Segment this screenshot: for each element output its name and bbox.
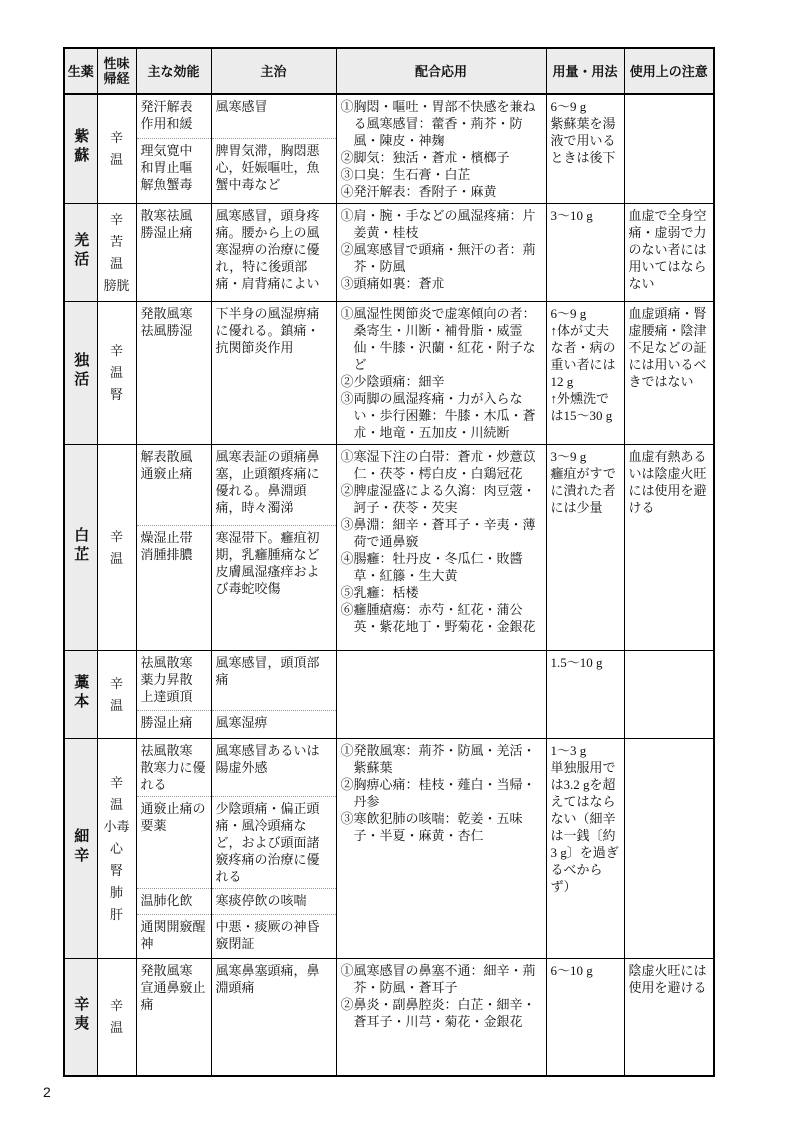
nature-cell: 辛 温 小毒 心 腎 肺 肝 bbox=[97, 739, 136, 959]
application-item: ③口臭：生石膏・白芷 bbox=[341, 166, 542, 183]
indication-cell: 風寒表証の頭痛鼻塞，止頭額疼痛に優れる。鼻淵頭痛，時々濁涕 bbox=[211, 445, 336, 526]
application-item: ④腸癰：牡丹皮・冬瓜仁・敗醬草・紅籐・生大黄 bbox=[341, 550, 542, 584]
caution-cell: 陰虚火旺には使用を避ける bbox=[624, 959, 714, 1076]
indication-cell: 下半身の風湿痹痛に優れる。鎮痛・抗関節炎作用 bbox=[211, 302, 336, 445]
effect-cell: 祛風散寒 散寒力に優れる bbox=[136, 739, 211, 797]
caution-cell: 血虚で全身空痛・虚弱で力のない者には用いてはならない bbox=[624, 204, 714, 302]
dosage-cell: 6〜10 g bbox=[546, 959, 624, 1076]
herb-row: 羌活辛 苦 温 膀胱散寒祛風 勝湿止痛風寒感冒，頭身疼痛。腰から上の風寒湿痹の治… bbox=[64, 204, 714, 302]
herb-name: 紫蘇 bbox=[73, 128, 88, 166]
herb-name: 辛夷 bbox=[73, 996, 88, 1034]
indication-cell: 少陰頭痛・偏正頭痛・風冷頭痛など，および頭面諸竅疼痛の治療に優れる bbox=[211, 797, 336, 889]
caution-cell bbox=[624, 94, 714, 204]
nature-cell: 辛 温 bbox=[97, 445, 136, 651]
header-application: 配合応用 bbox=[336, 48, 546, 94]
application-item: ③頭痛如裏：蒼朮 bbox=[341, 275, 542, 292]
herb-name-cell: 独活 bbox=[64, 302, 97, 445]
caution-cell: 血虚頭痛・腎虚腰痛・陰津不足などの証には用いるべきではない bbox=[624, 302, 714, 445]
herb-table: 生薬 性味帰経 主な効能 主治 配合応用 用量・用法 使用上の注意 紫蘇辛 温発… bbox=[63, 47, 715, 1077]
header-row: 生薬 性味帰経 主な効能 主治 配合応用 用量・用法 使用上の注意 bbox=[64, 48, 714, 94]
effect-cell: 温肺化飲 bbox=[136, 889, 211, 915]
dosage-cell: 3〜9 g 癰疽がすでに潰れた者には少量 bbox=[546, 445, 624, 651]
application-item: ②脚気：独活・蒼朮・檳榔子 bbox=[341, 149, 542, 166]
caution-cell bbox=[624, 651, 714, 739]
nature-cell: 辛 温 bbox=[97, 959, 136, 1076]
application-item: ①寒湿下注の白帯：蒼朮・炒薏苡仁・茯苓・樗白皮・白鶏冠花 bbox=[341, 448, 542, 482]
effect-cell: 勝湿止痛 bbox=[136, 711, 211, 739]
effect-cell: 通関開竅醒神 bbox=[136, 915, 211, 959]
herb-name-cell: 細辛 bbox=[64, 739, 97, 959]
application-cell: ①風湿性関節炎で虚寒傾向の者：桑寄生・川断・補骨脂・威霊仙・牛膝・沢蘭・紅花・附… bbox=[336, 302, 546, 445]
dosage-cell: 6〜9 g ↑体が丈夫な者・病の重い者には12 g ↑外燻洗では15〜30 g bbox=[546, 302, 624, 445]
effect-cell: 解表散風 通竅止痛 bbox=[136, 445, 211, 526]
application-item: ②鼻炎・副鼻腔炎：白芷・細辛・蒼耳子・川芎・菊花・金銀花 bbox=[341, 996, 542, 1030]
nature-cell: 辛 温 腎 bbox=[97, 302, 136, 445]
indication-cell: 風寒感冒 bbox=[211, 94, 336, 139]
effect-cell: 燥湿止帯 消腫排膿 bbox=[136, 526, 211, 651]
caution-cell: 血虚有熱あるいは陰虚火旺には使用を避ける bbox=[624, 445, 714, 651]
herb-name: 独活 bbox=[73, 352, 88, 390]
application-cell: ①胸悶・嘔吐・胃部不快感を兼ねる風寒感冒：藿香・荊芥・防風・陳皮・神麹②脚気：独… bbox=[336, 94, 546, 204]
indication-cell: 風寒感冒，頭身疼痛。腰から上の風寒湿痹の治療に優れ，特に後頭部痛・肩背痛によい bbox=[211, 204, 336, 302]
indication-cell: 中悪・痰厥の神昏竅閉証 bbox=[211, 915, 336, 959]
herb-table-body: 紫蘇辛 温発汗解表 作用和緩風寒感冒①胸悶・嘔吐・胃部不快感を兼ねる風寒感冒：藿… bbox=[64, 94, 714, 1076]
herb-name-cell: 辛夷 bbox=[64, 959, 97, 1076]
herb-row-sub1: 藁本辛 温祛風散寒 薬力昇散 上達頭頂風寒感冒，頭頂部痛1.5〜10 g bbox=[64, 651, 714, 711]
application-cell: ①風寒感冒の鼻塞不通：細辛・荊芥・防風・蒼耳子②鼻炎・副鼻腔炎：白芷・細辛・蒼耳… bbox=[336, 959, 546, 1076]
nature-cell: 辛 温 bbox=[97, 94, 136, 204]
application-item: ①肩・腕・手などの風湿疼痛：片姜黄・桂枝 bbox=[341, 207, 542, 241]
indication-cell: 風寒鼻塞頭痛，鼻淵頭痛 bbox=[211, 959, 336, 1076]
indication-cell: 寒痰停飲の咳喘 bbox=[211, 889, 336, 915]
application-item: ③両脚の風湿疼痛・力が入らない・歩行困難：牛膝・木瓜・蒼朮・地竜・五加皮・川続断 bbox=[341, 390, 542, 441]
dosage-cell: 1.5〜10 g bbox=[546, 651, 624, 739]
effect-cell: 発汗解表 作用和緩 bbox=[136, 94, 211, 139]
indication-cell: 寒湿帯下。癰疽初期，乳癰腫痛など皮膚風湿瘙痒および毒蛇咬傷 bbox=[211, 526, 336, 651]
herb-name: 細辛 bbox=[73, 828, 88, 866]
herb-name: 白芷 bbox=[73, 527, 88, 565]
herb-name-cell: 白芷 bbox=[64, 445, 97, 651]
application-item: ⑤乳癰：栝楼 bbox=[341, 584, 542, 601]
indication-cell: 風寒感冒あるいは陽虚外感 bbox=[211, 739, 336, 797]
header-dosage: 用量・用法 bbox=[546, 48, 624, 94]
application-cell: ①寒湿下注の白帯：蒼朮・炒薏苡仁・茯苓・樗白皮・白鶏冠花②脾虚湿盛による久瀉：肉… bbox=[336, 445, 546, 651]
page-number: 2 bbox=[43, 1084, 51, 1100]
application-item: ①風寒感冒の鼻塞不通：細辛・荊芥・防風・蒼耳子 bbox=[341, 962, 542, 996]
application-item: ③鼻淵：細辛・蒼耳子・辛夷・薄荷で通鼻竅 bbox=[341, 516, 542, 550]
application-item: ①風湿性関節炎で虚寒傾向の者：桑寄生・川断・補骨脂・威霊仙・牛膝・沢蘭・紅花・附… bbox=[341, 305, 542, 373]
application-cell: ①発散風寒：荊芥・防風・羌活・紫蘇葉②胸痹心痛：桂枝・薤白・当帰・丹参③寒飲犯肺… bbox=[336, 739, 546, 959]
application-item: ①胸悶・嘔吐・胃部不快感を兼ねる風寒感冒：藿香・荊芥・防風・陳皮・神麹 bbox=[341, 98, 542, 149]
herb-row-sub1: 白芷辛 温解表散風 通竅止痛風寒表証の頭痛鼻塞，止頭額疼痛に優れる。鼻淵頭痛，時… bbox=[64, 445, 714, 526]
effect-cell: 散寒祛風 勝湿止痛 bbox=[136, 204, 211, 302]
effect-cell: 発散風寒 宣通鼻竅止痛 bbox=[136, 959, 211, 1076]
effect-cell: 理気寛中 和胃止嘔 解魚蟹毒 bbox=[136, 139, 211, 204]
indication-cell: 脾胃気滞，胸悶悪心，妊娠嘔吐，魚蟹中毒など bbox=[211, 139, 336, 204]
herb-name: 羌活 bbox=[73, 232, 88, 270]
indication-cell: 風寒湿痹 bbox=[211, 711, 336, 739]
herb-row: 辛夷辛 温発散風寒 宣通鼻竅止痛風寒鼻塞頭痛，鼻淵頭痛①風寒感冒の鼻塞不通：細辛… bbox=[64, 959, 714, 1076]
indication-cell: 風寒感冒，頭頂部痛 bbox=[211, 651, 336, 711]
application-cell bbox=[336, 651, 546, 739]
document-page: 生薬 性味帰経 主な効能 主治 配合応用 用量・用法 使用上の注意 紫蘇辛 温発… bbox=[0, 0, 800, 1129]
application-item: ④発汗解表：香附子・麻黄 bbox=[341, 183, 542, 200]
application-item: ②風寒感冒で頭痛・無汗の者：荊芥・防風 bbox=[341, 241, 542, 275]
header-name: 生薬 bbox=[64, 48, 97, 94]
application-item: ②脾虚湿盛による久瀉：肉豆蔲・訶子・茯苓・芡実 bbox=[341, 482, 542, 516]
application-item: ③寒飲犯肺の咳喘：乾姜・五味子・半夏・麻黄・杏仁 bbox=[341, 810, 542, 844]
header-caution: 使用上の注意 bbox=[624, 48, 714, 94]
header-nature: 性味帰経 bbox=[97, 48, 136, 94]
herb-name-cell: 紫蘇 bbox=[64, 94, 97, 204]
application-item: ②胸痹心痛：桂枝・薤白・当帰・丹参 bbox=[341, 776, 542, 810]
dosage-cell: 6〜9 g 紫蘇葉を湯液で用いるときは後下 bbox=[546, 94, 624, 204]
header-indication: 主治 bbox=[211, 48, 336, 94]
application-item: ①発散風寒：荊芥・防風・羌活・紫蘇葉 bbox=[341, 742, 542, 776]
application-item: ②少陰頭痛：細辛 bbox=[341, 373, 542, 390]
herb-name-cell: 藁本 bbox=[64, 651, 97, 739]
effect-cell: 祛風散寒 薬力昇散 上達頭頂 bbox=[136, 651, 211, 711]
dosage-cell: 3〜10 g bbox=[546, 204, 624, 302]
nature-cell: 辛 温 bbox=[97, 651, 136, 739]
caution-cell bbox=[624, 739, 714, 959]
application-item: ⑥癰腫瘡瘍：赤芍・紅花・蒲公英・紫花地丁・野菊花・金銀花 bbox=[341, 601, 542, 635]
nature-cell: 辛 苦 温 膀胱 bbox=[97, 204, 136, 302]
effect-cell: 発散風寒 祛風勝湿 bbox=[136, 302, 211, 445]
application-cell: ①肩・腕・手などの風湿疼痛：片姜黄・桂枝②風寒感冒で頭痛・無汗の者：荊芥・防風③… bbox=[336, 204, 546, 302]
herb-row-sub1: 細辛辛 温 小毒 心 腎 肺 肝祛風散寒 散寒力に優れる風寒感冒あるいは陽虚外感… bbox=[64, 739, 714, 797]
herb-name: 藁本 bbox=[73, 674, 88, 712]
herb-name-cell: 羌活 bbox=[64, 204, 97, 302]
herb-row-sub1: 紫蘇辛 温発汗解表 作用和緩風寒感冒①胸悶・嘔吐・胃部不快感を兼ねる風寒感冒：藿… bbox=[64, 94, 714, 139]
header-effect: 主な効能 bbox=[136, 48, 211, 94]
herb-row: 独活辛 温 腎発散風寒 祛風勝湿下半身の風湿痹痛に優れる。鎮痛・抗関節炎作用①風… bbox=[64, 302, 714, 445]
dosage-cell: 1〜3 g 単独服用では3.2 gを超えてはならない（細辛は一銭〔約3 g〕を過… bbox=[546, 739, 624, 959]
effect-cell: 通竅止痛の要薬 bbox=[136, 797, 211, 889]
